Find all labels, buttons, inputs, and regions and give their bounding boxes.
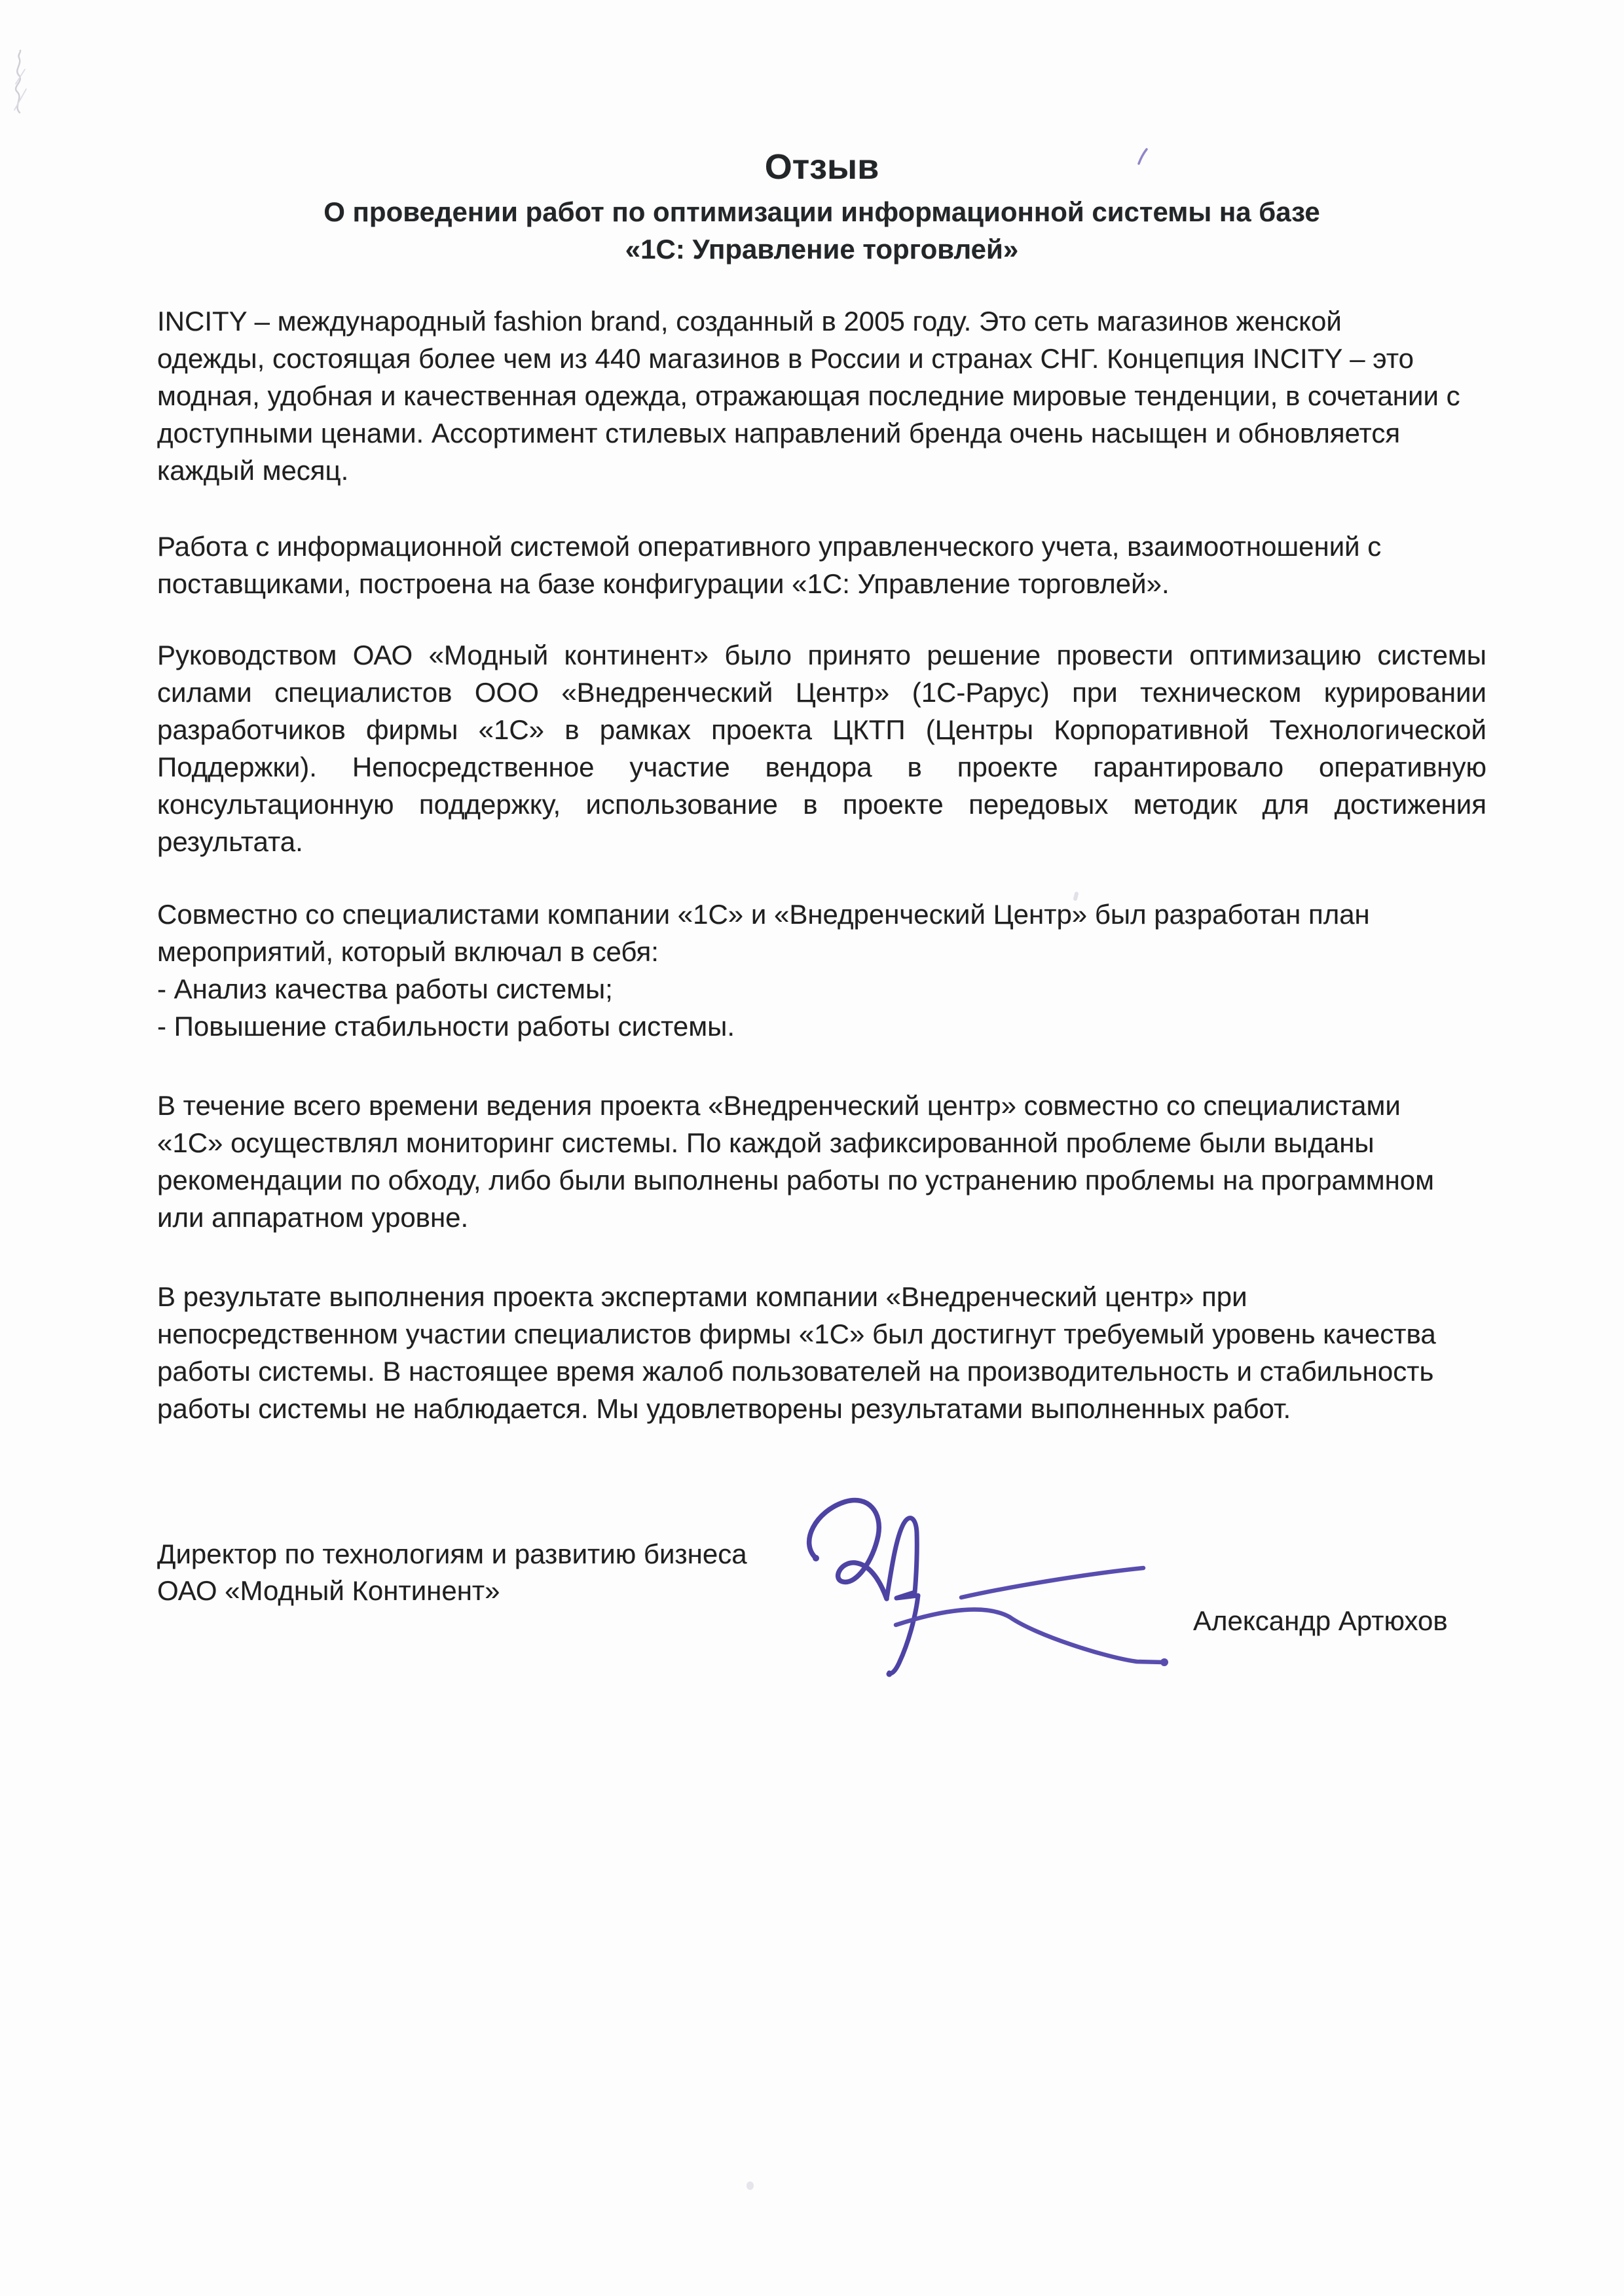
text-line: или аппаратном уровне. (157, 1199, 1490, 1236)
document-subtitle: О проведении работ по оптимизации информ… (157, 193, 1486, 268)
paragraph-company-intro: INCITY – международный fashion brand, со… (157, 302, 1490, 489)
text-line: Поддержки). Непосредственное участие вен… (157, 748, 1486, 786)
text-line: разработчиков фирмы «1С» в рамках проект… (157, 711, 1486, 748)
text-line: В течение всего времени ведения проекта … (157, 1087, 1490, 1124)
text-line: модная, удобная и качественная одежда, о… (157, 377, 1490, 414)
text-line: силами специалистов ООО «Внедренческий Ц… (157, 674, 1486, 711)
text-line: INCITY – международный fashion brand, со… (157, 302, 1490, 340)
signatory-name: Александр Артюхов (1193, 1602, 1448, 1639)
text-line: одежды, состоящая более чем из 440 магаз… (157, 340, 1490, 377)
paragraph-plan: Совместно со специалистами компании «1С»… (157, 896, 1490, 1045)
scan-artifact-squiggle (10, 50, 43, 115)
text-line: непосредственном участии специалистов фи… (157, 1315, 1490, 1353)
text-line: работы системы. В настоящее время жалоб … (157, 1353, 1490, 1390)
ink-blob (813, 1555, 819, 1561)
subtitle-line: «1С: Управление торговлей» (157, 230, 1486, 268)
document-title: Отзыв (157, 147, 1486, 187)
scan-artifact-speck (747, 2181, 754, 2190)
text-line: поставщиками, построена на базе конфигур… (157, 565, 1490, 602)
text-line: В результате выполнения проекта эксперта… (157, 1278, 1490, 1315)
list-item: - Повышение стабильности работы системы. (157, 1008, 1490, 1045)
text-line: каждый месяц. (157, 452, 1490, 489)
text-line: Руководством ОАО «Модный континент» было… (157, 636, 1486, 674)
handwritten-signature-ink (753, 1486, 1211, 1696)
text-line: консультационную поддержку, использовани… (157, 786, 1486, 823)
text-line: Работа с информационной системой операти… (157, 528, 1490, 565)
paragraph-decision: Руководством ОАО «Модный континент» было… (157, 636, 1490, 860)
text-line: Совместно со специалистами компании «1С»… (157, 896, 1490, 933)
list-item: - Анализ качества работы системы; (157, 970, 1490, 1008)
text-line: результата. (157, 823, 1486, 860)
text-line: доступными ценами. Ассортимент стилевых … (157, 414, 1490, 452)
subtitle-line: О проведении работ по оптимизации информ… (157, 193, 1486, 230)
text-line: рекомендации по обходу, либо были выполн… (157, 1161, 1490, 1199)
text-line: работы системы не наблюдается. Мы удовле… (157, 1390, 1490, 1427)
text-line: «1С» осуществлял мониторинг системы. По … (157, 1124, 1490, 1161)
paragraph-monitoring: В течение всего времени ведения проекта … (157, 1087, 1490, 1236)
scanned-document-page: Отзыв О проведении работ по оптимизации … (0, 0, 1624, 2296)
ink-blob (887, 1671, 893, 1677)
paragraph-system: Работа с информационной системой операти… (157, 528, 1490, 602)
text-line: мероприятий, который включал в себя: (157, 933, 1490, 970)
paragraph-results: В результате выполнения проекта эксперта… (157, 1278, 1490, 1427)
ink-blob (1160, 1658, 1168, 1666)
